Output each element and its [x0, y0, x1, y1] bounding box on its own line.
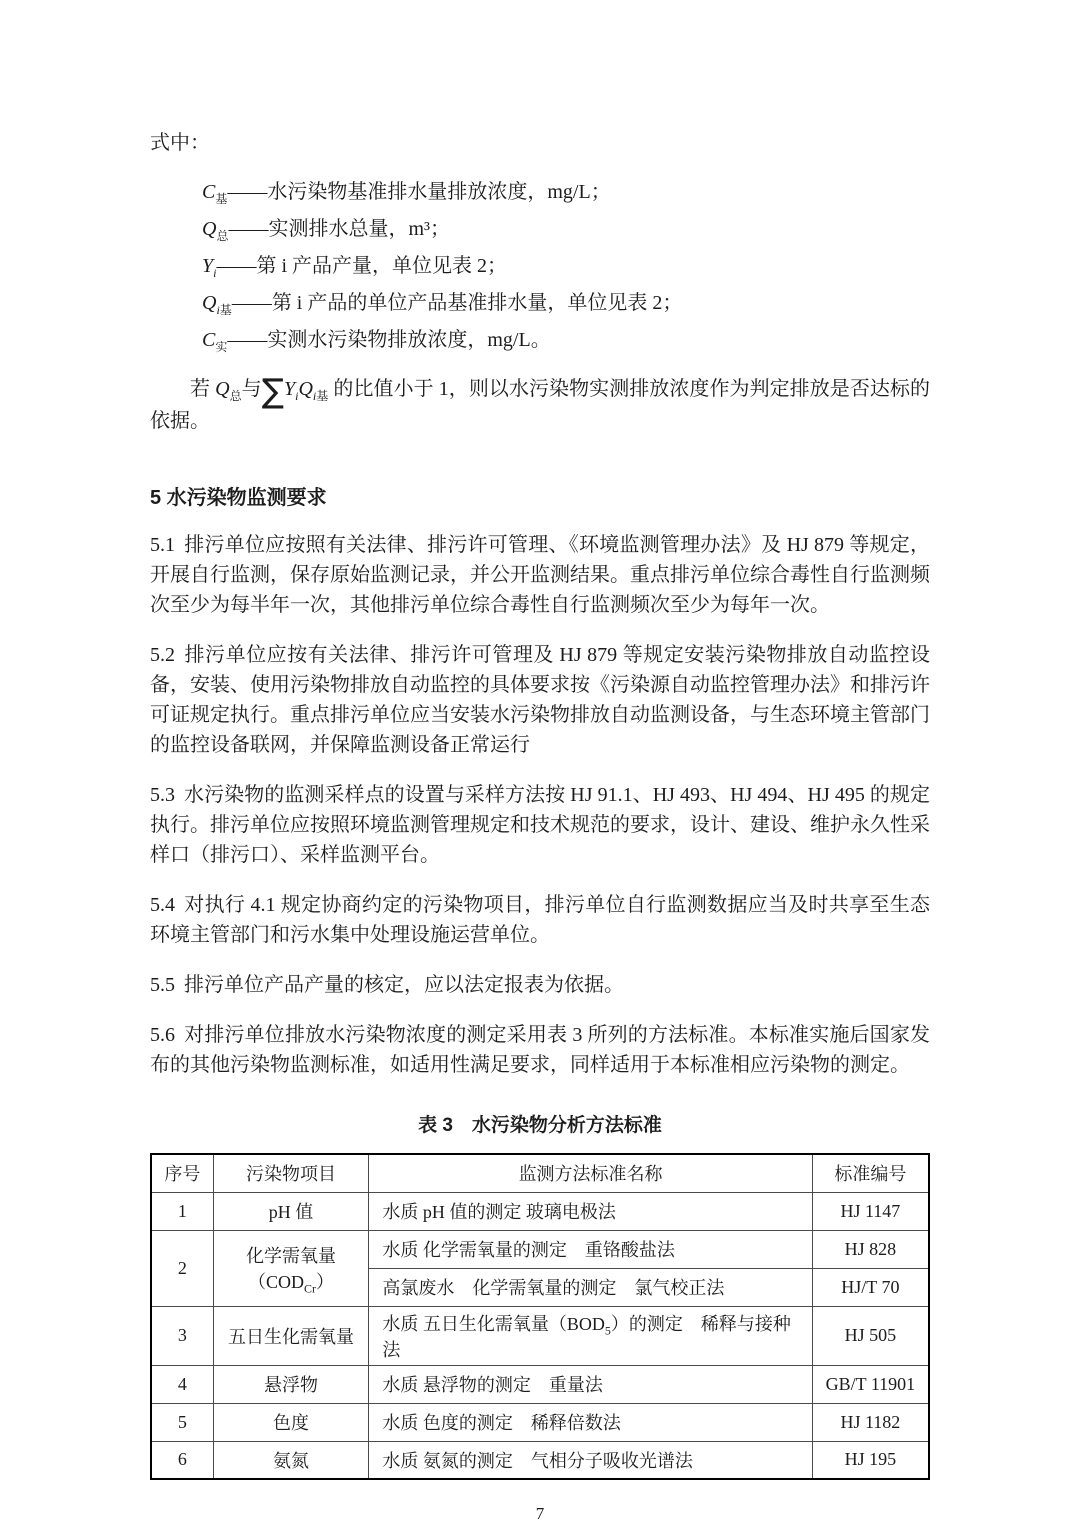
- symbol: Q: [202, 218, 216, 240]
- table-row: 1 pH 值 水质 pH 值的测定 玻璃电极法 HJ 1147: [151, 1192, 929, 1230]
- clause-text: 排污单位应按有关法律、排污许可管理及 HJ 879 等规定安装污染物排放自动监控…: [150, 644, 930, 756]
- section-heading: 5 水污染物监测要求: [150, 481, 930, 510]
- cell-code: HJ 1182: [812, 1403, 929, 1441]
- symbol-definitions: C基——水污染物基准排水量排放浓度，mg/L； Q总——实测排水总量，m³； Y…: [202, 174, 930, 359]
- clause-text: 对排污单位排放水污染物浓度的测定采用表 3 所列的方法标准。本标准实施后国家发布…: [150, 1024, 930, 1076]
- cell-code: HJ 1147: [812, 1192, 929, 1230]
- table-title: 表 3 水污染物分析方法标准: [150, 1110, 930, 1137]
- table-row: 2 化学需氧量 （CODCr） 水质 化学需氧量的测定 重铬酸盐法 HJ 828: [151, 1230, 929, 1268]
- symbol: C: [202, 181, 215, 203]
- table-row: 6 氨氮 水质 氨氮的测定 气相分子吸收光谱法 HJ 195: [151, 1441, 929, 1479]
- definition-line: C基——水污染物基准排水量排放浓度，mg/L；: [202, 174, 930, 211]
- page-number: 7: [150, 1504, 930, 1524]
- cell-item: pH 值: [213, 1192, 369, 1230]
- cell-no: 4: [151, 1365, 213, 1403]
- cell-no: 3: [151, 1306, 213, 1365]
- header-code: 标准编号: [812, 1154, 929, 1192]
- clause-number: 5.2: [150, 644, 184, 666]
- definition-text: ——第 i 产品产量，单位见表 2；: [216, 255, 507, 277]
- paragraph-5-5: 5.5排污单位产品产量的核定，应以法定报表为依据。: [150, 970, 930, 1000]
- definition-line: C实——实测水污染物排放浓度，mg/L。: [202, 322, 930, 359]
- cell-method: 高氯废水 化学需氧量的测定 氯气校正法: [369, 1268, 812, 1306]
- definition-text: ——实测排水总量，m³；: [228, 218, 450, 240]
- clause-number: 5.3: [150, 784, 184, 806]
- paragraph-5-4: 5.4对执行 4.1 规定协商约定的污染物项目，排污单位自行监测数据应当及时共享…: [150, 890, 930, 950]
- summation-icon: ∑: [262, 371, 284, 410]
- cell-method: 水质 pH 值的测定 玻璃电极法: [369, 1192, 812, 1230]
- symbol: Q: [202, 292, 216, 314]
- clause-text: 对执行 4.1 规定协商约定的污染物项目，排污单位自行监测数据应当及时共享至生态…: [150, 894, 930, 946]
- cell-method: 水质 悬浮物的测定 重量法: [369, 1365, 812, 1403]
- cell-item: 色度: [213, 1403, 369, 1441]
- formula-intro: 式中：: [150, 128, 930, 158]
- paragraph-5-6: 5.6对排污单位排放水污染物浓度的测定采用表 3 所列的方法标准。本标准实施后国…: [150, 1020, 930, 1080]
- definition-line: Yi——第 i 产品产量，单位见表 2；: [202, 248, 930, 285]
- definition-line: Q总——实测排水总量，m³；: [202, 211, 930, 248]
- paragraph-5-2: 5.2排污单位应按有关法律、排污许可管理及 HJ 879 等规定安装污染物排放自…: [150, 640, 930, 760]
- cell-no: 2: [151, 1230, 213, 1306]
- clause-number: 5.5: [150, 974, 184, 996]
- symbol: C: [202, 329, 215, 351]
- clause-text: 水污染物的监测采样点的设置与采样方法按 HJ 91.1、HJ 493、HJ 49…: [150, 784, 930, 866]
- cell-method: 水质 化学需氧量的测定 重铬酸盐法: [369, 1230, 812, 1268]
- symbol: Y: [202, 255, 213, 277]
- definition-text: ——实测水污染物排放浓度，mg/L。: [227, 329, 550, 351]
- cell-no: 1: [151, 1192, 213, 1230]
- paragraph-5-3: 5.3水污染物的监测采样点的设置与采样方法按 HJ 91.1、HJ 493、HJ…: [150, 780, 930, 870]
- cell-code: HJ 828: [812, 1230, 929, 1268]
- header-item: 污染物项目: [213, 1154, 369, 1192]
- clause-number: 5.4: [150, 894, 184, 916]
- cell-code: HJ/T 70: [812, 1268, 929, 1306]
- cell-code: HJ 505: [812, 1306, 929, 1365]
- document-page: 式中： C基——水污染物基准排水量排放浓度，mg/L； Q总——实测排水总量，m…: [0, 0, 1080, 1528]
- cell-code: HJ 195: [812, 1441, 929, 1479]
- cell-no: 6: [151, 1441, 213, 1479]
- cell-method: 水质 氨氮的测定 气相分子吸收光谱法: [369, 1441, 812, 1479]
- cell-item: 悬浮物: [213, 1365, 369, 1403]
- table-row: 5 色度 水质 色度的测定 稀释倍数法 HJ 1182: [151, 1403, 929, 1441]
- cell-no: 5: [151, 1403, 213, 1441]
- clause-text: 排污单位产品产量的核定，应以法定报表为依据。: [184, 974, 624, 996]
- definition-line: Qi基——第 i 产品的单位产品基准排水量，单位见表 2；: [202, 285, 930, 322]
- cell-item: 氨氮: [213, 1441, 369, 1479]
- cell-code: GB/T 11901: [812, 1365, 929, 1403]
- cell-item: 五日生化需氧量: [213, 1306, 369, 1365]
- clause-number: 5.1: [150, 534, 184, 556]
- definition-text: ——水污染物基准排水量排放浓度，mg/L；: [227, 181, 610, 203]
- header-no: 序号: [151, 1154, 213, 1192]
- table-row: 3 五日生化需氧量 水质 五日生化需氧量（BOD5）的测定 稀释与接种法 HJ …: [151, 1306, 929, 1365]
- clause-text: 排污单位应按照有关法律、排污许可管理、《环境监测管理办法》及 HJ 879 等规…: [150, 534, 930, 616]
- header-method: 监测方法标准名称: [369, 1154, 812, 1192]
- paragraph-5-1: 5.1排污单位应按照有关法律、排污许可管理、《环境监测管理办法》及 HJ 879…: [150, 530, 930, 620]
- table-row: 4 悬浮物 水质 悬浮物的测定 重量法 GB/T 11901: [151, 1365, 929, 1403]
- cell-item: 化学需氧量 （CODCr）: [213, 1230, 369, 1306]
- definition-text: ——第 i 产品的单位产品基准排水量，单位见表 2；: [232, 292, 683, 314]
- table-header-row: 序号 污染物项目 监测方法标准名称 标准编号: [151, 1154, 929, 1192]
- symbol: Y: [284, 378, 295, 400]
- clause-number: 5.6: [150, 1024, 184, 1046]
- symbol: Q: [215, 378, 229, 400]
- cell-method: 水质 五日生化需氧量（BOD5）的测定 稀释与接种法: [369, 1306, 812, 1365]
- cell-method: 水质 色度的测定 稀释倍数法: [369, 1403, 812, 1441]
- symbol: Q: [298, 378, 312, 400]
- methods-table: 序号 污染物项目 监测方法标准名称 标准编号 1 pH 值 水质 pH 值的测定…: [150, 1153, 930, 1480]
- ratio-note: 若 Q总与∑YiQi基 的比值小于 1，则以水污染物实测排放浓度作为判定排放是否…: [150, 373, 930, 437]
